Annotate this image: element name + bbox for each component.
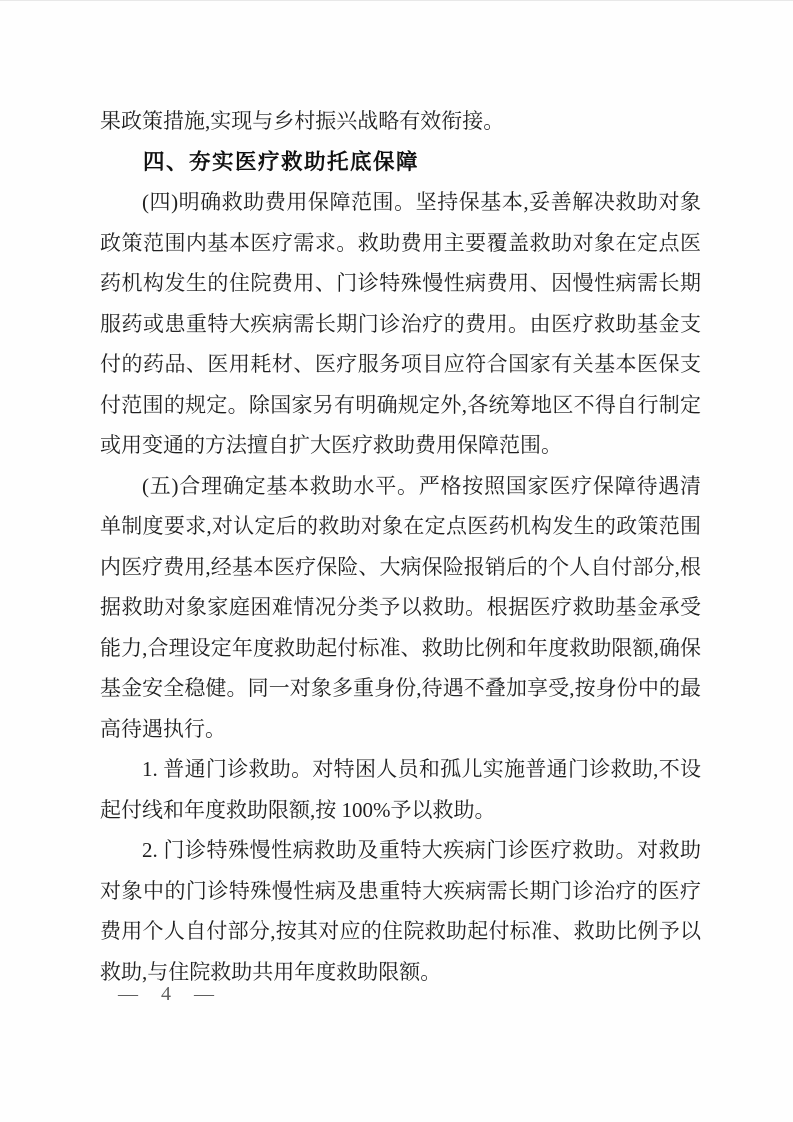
paragraph-continuation: 果政策措施,实现与乡村振兴战略有效衔接。 <box>100 101 701 142</box>
section-heading: 四、夯实医疗救助托底保障 <box>100 142 701 183</box>
paragraph-clause-5: (五)合理确定基本救助水平。严格按照国家医疗保障待遇清单制度要求,对认定后的救助… <box>100 466 701 750</box>
document-content: 果政策措施,实现与乡村振兴战略有效衔接。 四、夯实医疗救助托底保障 (四)明确救… <box>100 101 701 992</box>
paragraph-item-2: 2. 门诊特殊慢性病救助及重特大疾病门诊医疗救助。对救助对象中的门诊特殊慢性病及… <box>100 830 701 992</box>
paragraph-clause-4: (四)明确救助费用保障范围。坚持保基本,妥善解决救助对象政策范围内基本医疗需求。… <box>100 182 701 466</box>
page-number: — 4 — <box>118 981 223 1007</box>
document-page: 果政策措施,实现与乡村振兴战略有效衔接。 四、夯实医疗救助托底保障 (四)明确救… <box>0 0 793 1122</box>
scan-edge-line <box>0 0 793 1</box>
paragraph-item-1: 1. 普通门诊救助。对特困人员和孤儿实施普通门诊救助,不设起付线和年度救助限额,… <box>100 749 701 830</box>
